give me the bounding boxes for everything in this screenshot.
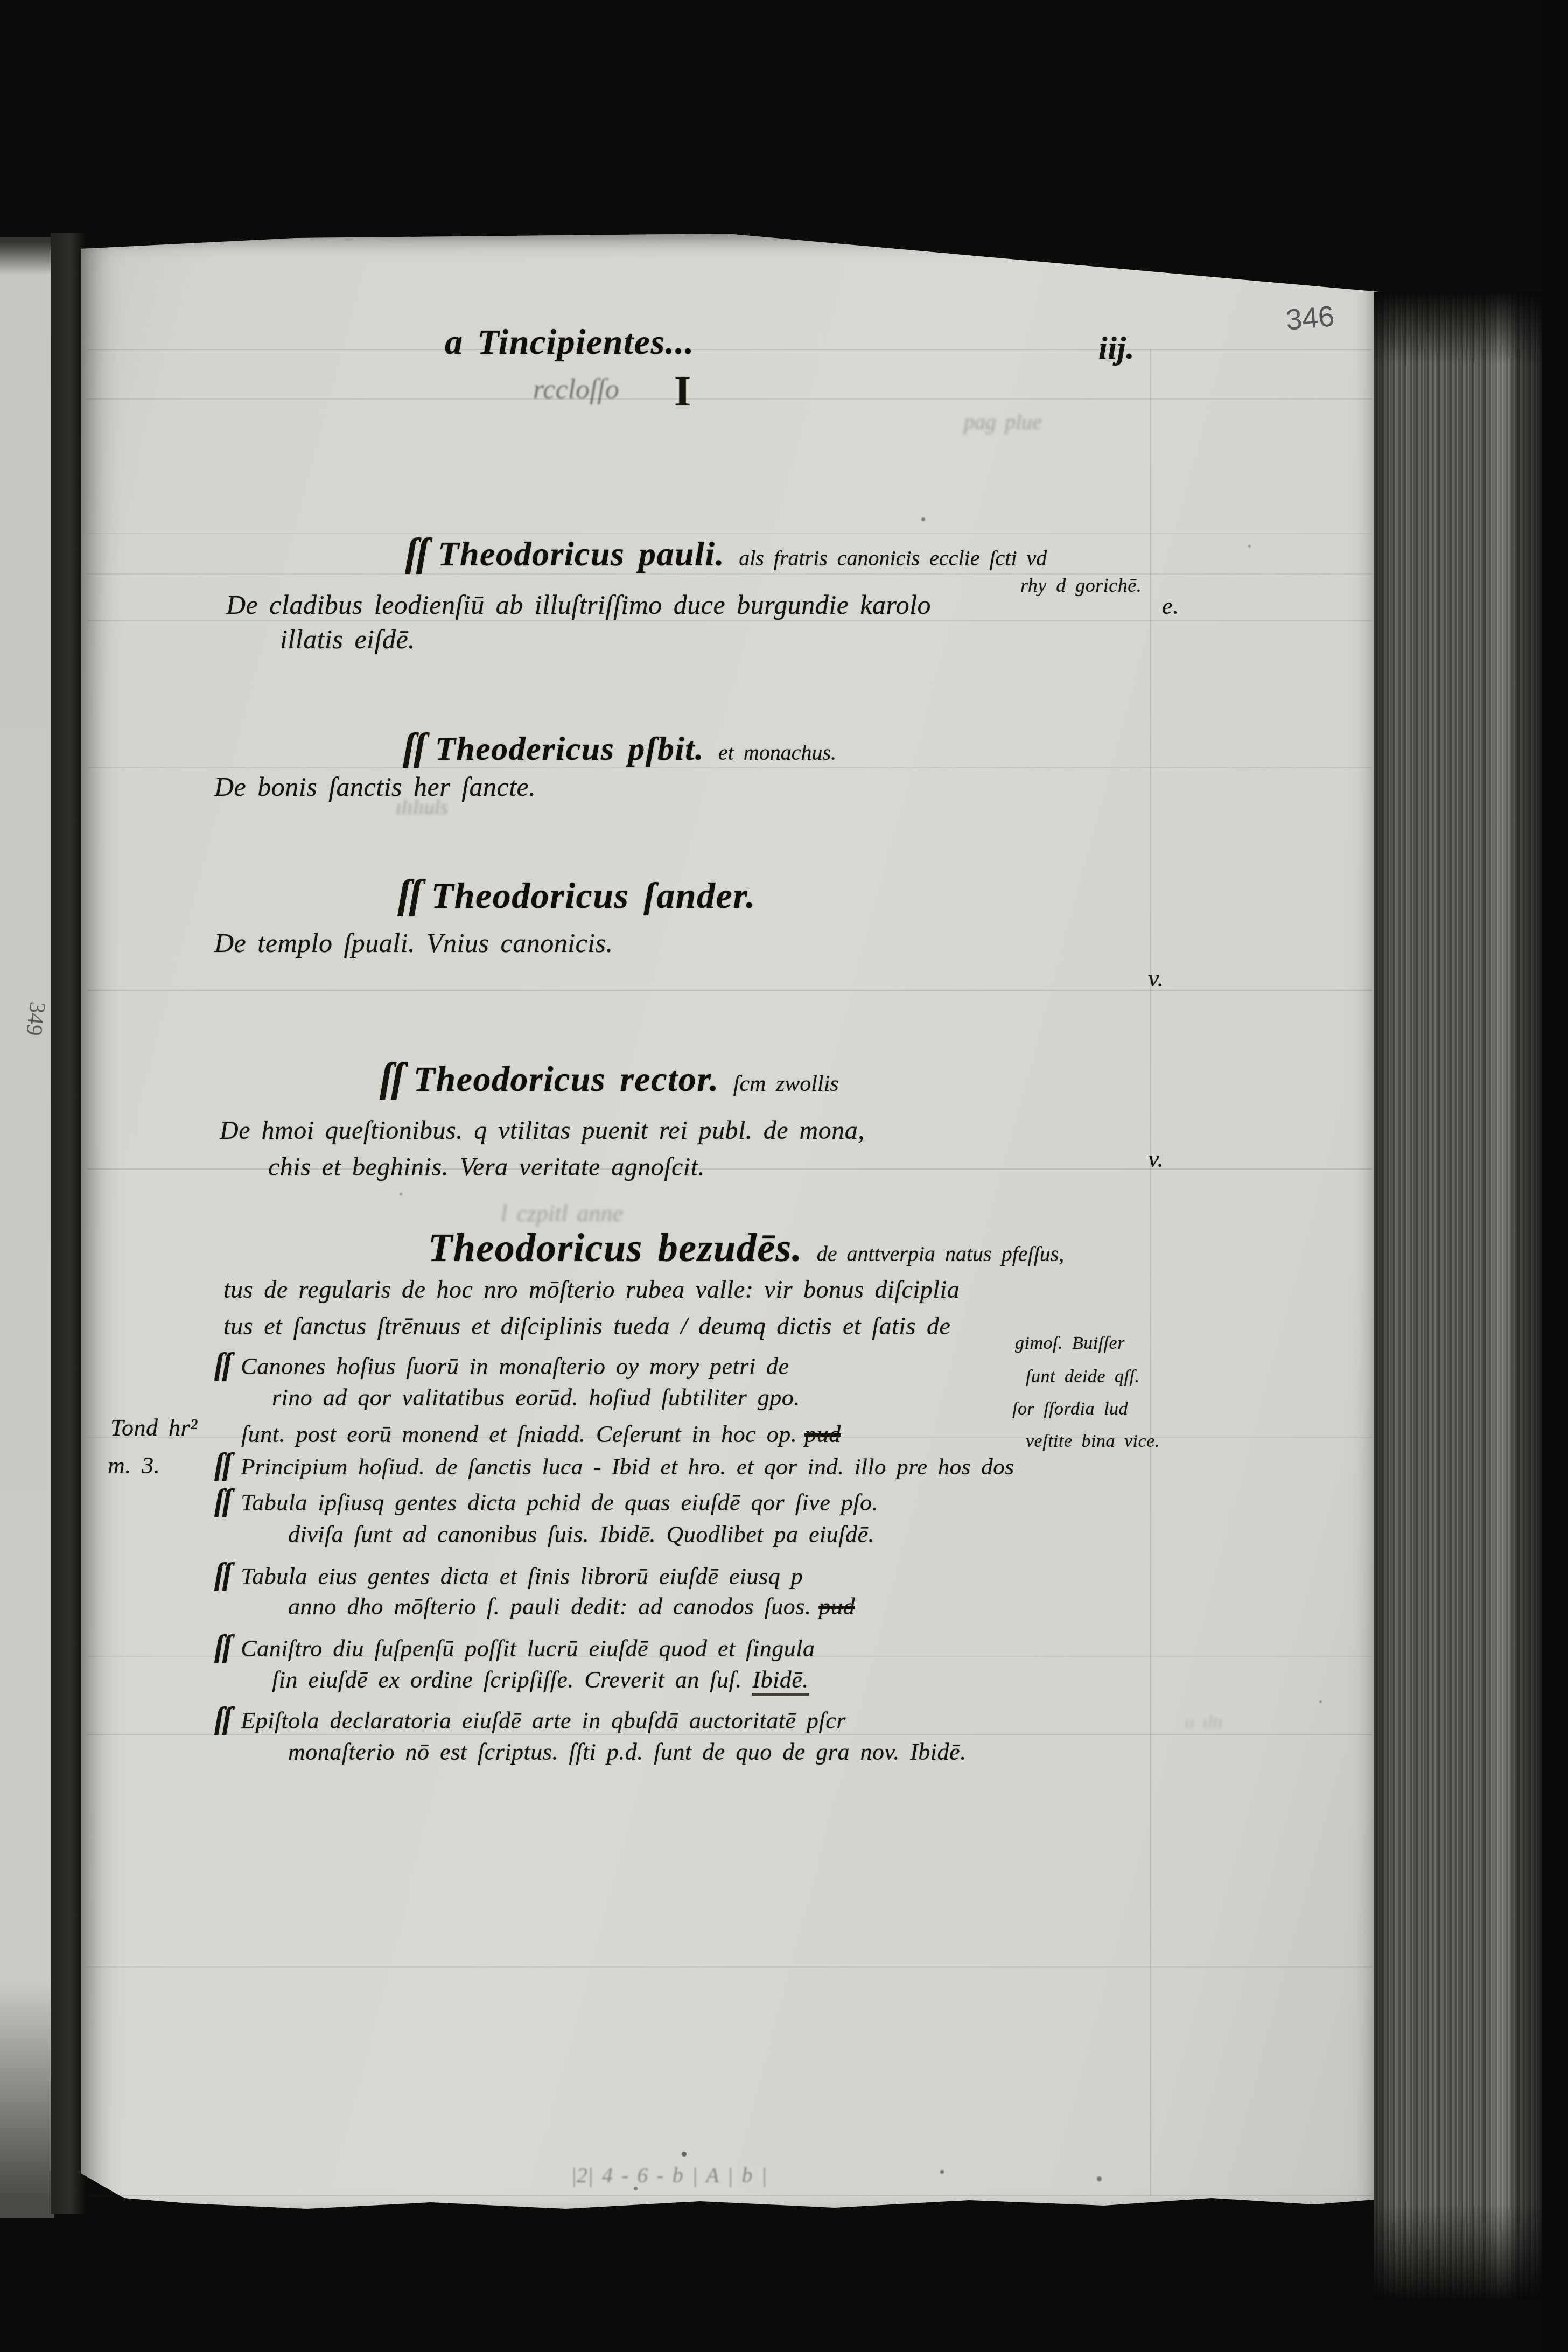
entry-3-heading: Theodoricus ſander. [431,875,756,916]
list-item: ſſCanones hoſius ſuorū in monaſterio oy … [214,1347,789,1382]
show-through-text: ılılıuls [396,796,448,820]
entry-2-heading-line: ſſTheodericus pſbit.et monachus. [403,725,836,769]
ruling-line [87,2195,1372,2196]
entry-1-note2: rhy d gorichē. [1020,574,1142,597]
list-item: anno dho mōſterio ſ. pauli dedit: ad can… [288,1593,855,1620]
previous-page-edge [0,237,54,2218]
ruling-line [87,990,1372,991]
show-through-text: |2| 4 - 6 - b | A | b | [571,2162,767,2188]
pilcrow-mark: ſſ [214,1702,230,1735]
list-item-text: ſin eiuſdē ex ordine ſcripſiſſe. Creveri… [272,1667,752,1693]
list-item: ſſCaniſtro diu ſuſpenſū poſſit lucrū eiu… [214,1629,815,1664]
list-item-text: Caniſtro diu ſuſpenſū poſſit lucrū eiuſd… [241,1635,815,1662]
show-through-text: ıı ıltı [1185,1712,1223,1733]
entry-5-note: de anttverpia natus pfeſſus, [817,1242,1065,1266]
manuscript-photo: a Tincipientes... iij. 346 rccloſſo I pa… [0,0,1568,2352]
pilcrow-mark: ſſ [405,530,427,575]
pilcrow-mark: ſſ [214,1348,230,1381]
entry-1-desc-line1: De cladibus leodienſiū ab illuſtriſſimo … [226,589,931,620]
side-note-line: ſunt deide qſſ. [1026,1367,1139,1387]
entry-5-heading: Theodoricus bezudēs. [428,1226,803,1270]
entry-4-heading-line: ſſTheodoricus rector.ſcm zwollis [380,1054,839,1101]
show-through-text: pag plue [964,409,1042,435]
running-header: a Tincipientes... [445,322,695,363]
list-item-text: Tabula ipſiusq gentes dicta pchid de qua… [241,1489,878,1516]
margin-note-line2: m. 3. [108,1452,160,1479]
pilcrow-mark: ſſ [397,872,421,917]
show-through-text: rccloſſo [533,374,619,405]
underlined-word: Ibidē. [752,1667,808,1696]
quire-numeral: iij. [1098,330,1135,367]
pilcrow-mark: ſſ [214,1484,230,1517]
list-item-text: Principium hoſiud. de ſanctis luca - Ibi… [241,1454,1014,1480]
backdrop-right [1542,0,1568,2352]
entry-4-note: ſcm zwollis [733,1072,839,1096]
entry-3-desc-line1: De templo ſpuali. Vnius canonicis. [214,927,613,958]
ink-mark-I: I [674,367,691,416]
margin-note-line1: Tond hr² [110,1414,198,1441]
pilcrow-mark: ſſ [380,1055,403,1100]
margin-ruling-line [1150,349,1151,2196]
entry-2-heading: Theodericus pſbit. [435,731,704,767]
entry-1-desc-line2: illatis eiſdē. [280,624,415,655]
list-item-text: ſunt. post eorū monend et ſniadd. Ceſeru… [241,1421,797,1447]
pilcrow-mark: ſſ [214,1448,230,1481]
list-item: ſſTabula eius gentes dicta et ſinis libr… [214,1557,803,1592]
ruling-line [87,620,1372,621]
entry-4-heading: Theodoricus rector. [414,1060,719,1099]
list-item: ſunt. post eorū monend et ſniadd. Ceſeru… [241,1420,841,1448]
list-item-text: anno dho mōſterio ſ. pauli dedit: ad can… [288,1593,811,1620]
folio-number-pencil: 346 [1284,299,1335,337]
ruling-line [87,398,1372,400]
entry-2-desc-line1: De bonis ſanctis her ſancte. [214,771,536,802]
list-item-text: Canones hoſius ſuorū in monaſterio oy mo… [241,1353,789,1380]
entry-1-heading-line: ſſTheodoricus pauli.als fratris canonici… [405,530,1047,576]
side-note-line: veſtite bina vice. [1026,1431,1160,1452]
list-item-text: rino ad qor valitatibus eorūd. hoſiud ſu… [272,1384,800,1411]
ink-specks [0,0,3,3]
entry-5-desc-line2: tus et ſanctus ſtrēnuus et diſciplinis t… [223,1312,950,1340]
side-note-line: gimoſ. Buiſſer [1015,1333,1125,1354]
margin-letter-e: e. [1162,592,1179,620]
entry-5-heading-line: Theodoricus bezudēs.de anttverpia natus … [428,1226,1064,1271]
entry-1-note: als fratris canonicis ecclie ſcti vd [739,546,1047,570]
pilcrow-mark: ſſ [403,725,424,768]
entry-4-desc-line2: chis et beghinis. Vera veritate agnoſcit… [268,1152,705,1182]
list-item-text: monaſterio nō est ſcriptus. ſſti p.d. ſu… [288,1738,967,1766]
margin-letter-v2: v. [1148,1144,1164,1173]
pilcrow-mark: ſſ [214,1558,230,1591]
ruling-line [87,1966,1372,1968]
struck-word: pud [804,1421,841,1447]
margin-letter-v1: v. [1148,964,1164,992]
entry-3-heading-line: ſſTheodoricus ſander. [397,871,756,918]
list-item-text: diviſa ſunt ad canonibus ſuis. Ibidē. Qu… [288,1521,874,1548]
entry-1-heading: Theodoricus pauli. [438,535,725,573]
list-item-text: Tabula eius gentes dicta et ſinis libror… [241,1563,803,1590]
side-note-line: ſor ſſordia lud [1012,1399,1128,1419]
entry-5-desc-line1: tus de regularis de hoc nro mōſterio rub… [223,1275,960,1304]
show-through-text: l czpitl anne [501,1200,623,1227]
book-fore-edge-texture [1374,292,1544,2300]
list-item: ſin eiuſdē ex ordine ſcripſiſſe. Creveri… [272,1666,809,1693]
list-item-text: Epiſtola declaratoria eiuſdē arte in qbu… [241,1707,846,1734]
gutter-scribble: 349 [20,1000,50,1037]
list-item: ſſEpiſtola declaratoria eiuſdē arte in q… [214,1702,846,1736]
entry-4-desc-line1: De hmoi queſtionibus. q vtilitas puenit … [220,1116,865,1145]
pilcrow-mark: ſſ [214,1630,230,1663]
list-item: ſſTabula ipſiusq gentes dicta pchid de q… [214,1483,878,1518]
list-item: ſſPrincipium hoſiud. de ſanctis luca - I… [214,1447,1014,1482]
entry-2-note: et monachus. [718,740,836,765]
ruling-line [87,349,1372,350]
struck-word: pud [818,1593,855,1620]
